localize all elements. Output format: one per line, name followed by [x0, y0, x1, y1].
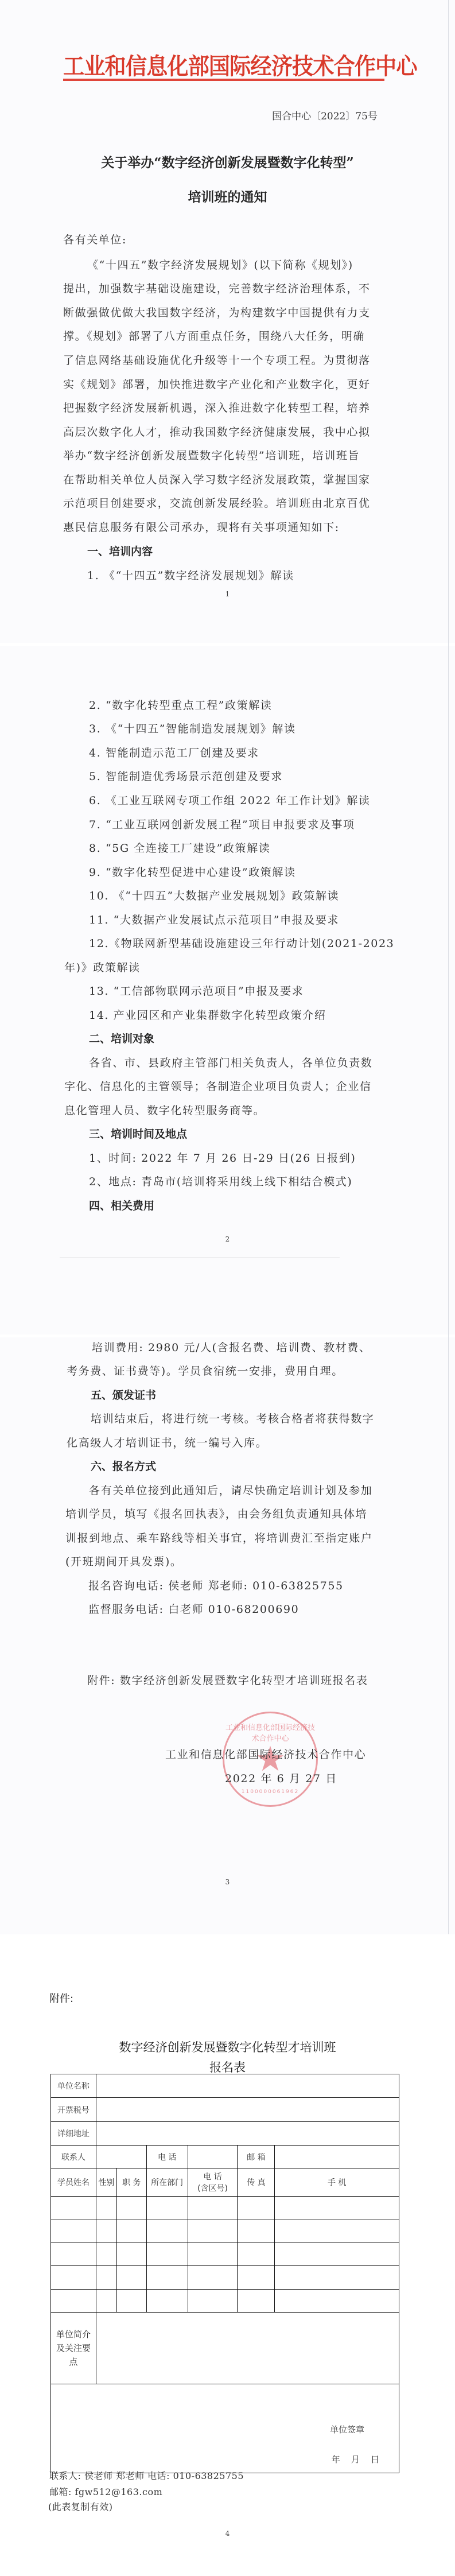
notice-title-line-2: 培训班的通知 [0, 187, 455, 205]
letterhead-org-name: 工业和信息化部国际经济技术合作中心 [63, 48, 417, 81]
col-position: 职 务 [116, 2168, 146, 2197]
col-fax: 传 真 [238, 2168, 275, 2197]
tax-number-label: 开票税号 [51, 2098, 96, 2122]
section-heading-audience: 二、培训对象 [89, 1030, 154, 1046]
page-1-bg [0, 0, 455, 643]
content-item: 13. “工信部物联网示范项目”申报及要求 [89, 983, 304, 998]
student-row [51, 2197, 399, 2220]
page-number: 2 [0, 1235, 455, 1243]
content-item: 12.《物联网新型基础设施建设三年行动计划(2021-2023 [89, 935, 394, 951]
intro-line: 提出，加强数字基础设施建设，完善数字经济治理体系，不 [63, 280, 371, 296]
contact-field[interactable] [96, 2146, 146, 2168]
address-label: 详细地址 [51, 2122, 96, 2146]
student-header-row: 学员姓名 性别 职 务 所在部门 电 话(含区号) 传 真 手 机 [51, 2168, 399, 2197]
intro-line: 举办“数字经济创新发展暨数字化转型”培训班，培训班旨 [63, 447, 360, 463]
content-item: 10. 《“十四五”大数据产业发展规划》政策解读 [89, 887, 339, 903]
unit-name-label: 单位名称 [51, 2074, 96, 2098]
audience-line: 各省、市、县政府主管部门相关负责人，各单位负责数 [89, 1054, 372, 1070]
unit-name-field[interactable] [96, 2074, 399, 2098]
registration-line: 培训学员，填写《报名回执表》，由会务组负责通知具体培 [65, 1506, 367, 1521]
content-item: 5. 智能制造优秀场景示范创建及要求 [89, 768, 283, 783]
signature-org: 工业和信息化部国际经济技术合作中心 [165, 1746, 366, 1762]
salutation: 各有关单位: [63, 231, 127, 247]
letterhead-red-rule [63, 79, 384, 81]
col-phone-label: 电 话 [188, 2171, 238, 2182]
registration-line: (开班期间开具发票)。 [65, 1553, 182, 1569]
certificate-line: 化高级人才培训证书，统一编号入库。 [67, 1434, 267, 1450]
footer-contact: 联系人: 侯老师 郑老师 电话: 010-63825755 [49, 2469, 244, 2482]
address-field[interactable] [96, 2122, 399, 2146]
page-3-bg [0, 1337, 455, 1934]
registration-form-table: 单位名称 开票税号 详细地址 联系人 电 话 邮 箱 学员姓名 性别 职 务 所… [50, 2074, 399, 2473]
section-heading-time-place: 三、培训时间及地点 [89, 1126, 187, 1141]
intro-line: 了信息网络基础设施优化升级等十一个专项工程。为贯彻落 [63, 352, 371, 367]
content-item: 9. “数字化转型促进中心建设”政策解读 [89, 864, 296, 879]
intro-line: 《“十四五”数字经济发展规划》(以下简称《规划》) [87, 257, 353, 272]
intro-line: 实《规划》部署，加快推进数字产业化和产业数字化，更好 [63, 376, 371, 391]
student-row [51, 2290, 399, 2313]
notice-title-line-1: 关于举办“数字经济创新发展暨数字化转型” [0, 152, 455, 171]
content-item: 14. 产业园区和产业集群数字化转型政策介绍 [89, 1007, 326, 1022]
intro-line: 撑。《规划》部署了八方面重点任务，围绕八大任务，明确 [63, 328, 365, 343]
content-item: 8. “5G 全连接工厂建设”政策解读 [89, 840, 270, 855]
form-title-line-1: 数字经济创新发展暨数字化转型才培训班 [0, 2038, 455, 2055]
col-mobile: 手 机 [275, 2168, 399, 2197]
section-heading-content: 一、培训内容 [87, 543, 153, 558]
intro-line: 把握数字经济发展新机遇，深入推进数字化转型工程，培养 [63, 399, 371, 415]
page-footer-rule [60, 1258, 340, 1258]
section-heading-registration: 六、报名方式 [91, 1458, 156, 1473]
student-row [51, 2243, 399, 2266]
registration-line: 各有关单位接到此通知后，请尽快确定培训计划及参加 [89, 1482, 372, 1498]
seal-number: 1100000061962 [224, 1789, 316, 1795]
phone-field[interactable] [188, 2146, 238, 2168]
form-title-line-2: 报名表 [0, 2058, 455, 2075]
col-department: 所在部门 [146, 2168, 188, 2197]
page-number: 1 [0, 590, 455, 598]
col-gender: 性别 [96, 2168, 116, 2197]
supervise-phone: 监督服务电话: 白老师 010-68200690 [88, 1601, 299, 1616]
email-field[interactable] [275, 2146, 399, 2168]
intro-line: 在帮助相关单位人员深入学习数字经济发展政策，掌握国家 [63, 471, 371, 487]
content-item: 11. “大数据产业发展试点示范项目”申报及要求 [89, 911, 339, 927]
footer-email: 邮箱: fgw512@163.com [49, 2485, 162, 2498]
content-item: 7. “工业互联网创新发展工程”项目申报要求及事项 [89, 816, 355, 832]
intro-line: 高层次数字化人才，推动我国数字经济健康发展，我中心拟 [63, 424, 371, 439]
section-heading-fees: 四、相关费用 [89, 1197, 154, 1213]
col-student-name: 学员姓名 [51, 2168, 96, 2197]
audience-line: 字化、信息化的主管领导；各制造企业项目负责人；企业信 [64, 1078, 372, 1093]
audience-line: 息化管理人员、数字化转型服务商等。 [64, 1102, 265, 1118]
signature-date: 2022 年 6 月 27 日 [225, 1770, 337, 1786]
page-number: 4 [0, 2530, 455, 2538]
page-edge [448, 0, 449, 1934]
content-item-continued: 年)》政策解读 [64, 959, 141, 975]
content-item: 4. 智能制造示范工厂创建及要求 [89, 744, 259, 760]
student-row [51, 2220, 399, 2243]
footer-note: (此表复制有效) [48, 2500, 113, 2513]
content-item: 1. 《“十四五”数字经济发展规划》解读 [87, 567, 294, 583]
intro-line: 示范项目创建要求，交流创新发展经验。培训班由北京百优 [63, 495, 371, 510]
col-phone: 电 话(含区号) [188, 2168, 238, 2197]
consult-phone: 报名咨询电话: 侯老师 郑老师: 010-63825755 [88, 1577, 344, 1593]
col-phone-sub: (含区号) [188, 2182, 238, 2194]
fees-line: 培训费用: 2980 元/人(含报名费、培训费、教材费、 [92, 1339, 371, 1355]
student-row [51, 2266, 399, 2290]
phone-label: 电 话 [146, 2146, 188, 2168]
section-heading-certificate: 五、颁发证书 [91, 1387, 156, 1402]
email-label: 邮 箱 [238, 2146, 275, 2168]
unit-intro-label: 单位简介 及关注要 点 [51, 2313, 96, 2384]
training-place: 2、地点: 青岛市(培训将采用线上线下相结合模式) [89, 1173, 352, 1189]
training-time: 1、时间: 2022 年 7 月 26 日-29 日(26 日报到) [89, 1150, 356, 1165]
attachment-label: 附件: [49, 1991, 73, 2005]
unit-intro-field[interactable] [96, 2313, 399, 2384]
tax-number-field[interactable] [96, 2098, 399, 2122]
document-number: 国合中心〔2022〕75号 [272, 108, 378, 122]
intro-line: 惠民信息服务有限公司承办，现将有关事项通知如下: [63, 519, 340, 534]
content-item: 2. “数字化转型重点工程”政策解读 [89, 697, 272, 712]
date-label: 年 月 日 [332, 2453, 379, 2465]
attachment-note: 附件: 数字经济创新发展暨数字化转型才培训班报名表 [87, 1672, 368, 1687]
page-number: 3 [0, 1878, 455, 1886]
intro-line: 断做强做优做大我国数字经济，为构建数字中国提供有力支 [63, 304, 371, 320]
contact-label: 联系人 [51, 2146, 96, 2168]
certificate-line: 培训结束后，将进行统一考核。考核合格者将获得数字 [91, 1410, 374, 1426]
content-item: 6. 《工业互联网专项工作组 2022 年工作计划》解读 [89, 792, 370, 808]
unit-seal-area[interactable]: 单位签章 年 月 日 [51, 2384, 399, 2473]
unit-seal-label: 单位签章 [330, 2423, 364, 2435]
fees-line: 考务费、证书费等)。学员食宿统一安排，费用自理。 [67, 1363, 344, 1378]
registration-line: 训报到地点、乘车路线等相关事宜，将培训费汇至指定账户 [65, 1530, 373, 1545]
content-item: 3. 《“十四五”智能制造发展规划》解读 [89, 720, 296, 736]
